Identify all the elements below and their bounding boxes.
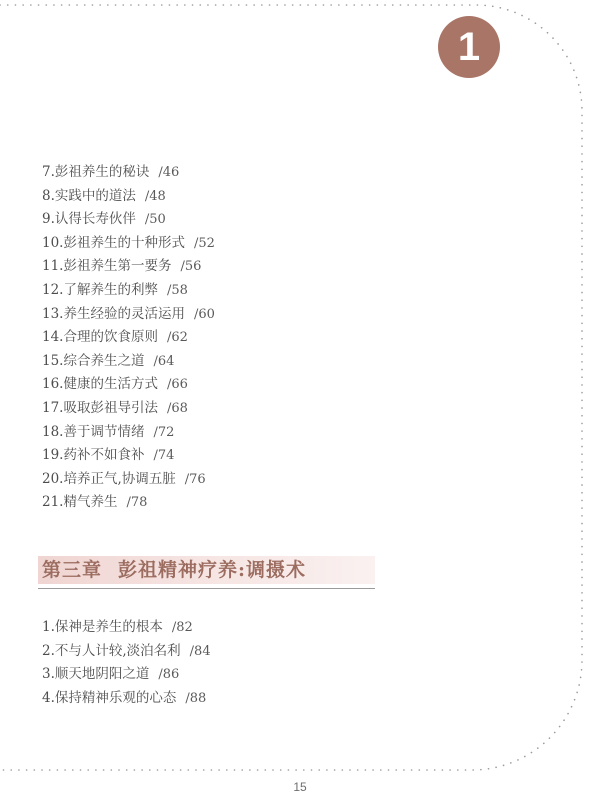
toc-entry[interactable]: 7.彭祖养生的秘诀/46 bbox=[42, 161, 215, 185]
toc-entry-page: /88 bbox=[185, 691, 206, 706]
toc-entry-title: 9.认得长寿伙伴 bbox=[42, 211, 136, 227]
toc-entry-title: 19.药补不如食补 bbox=[42, 447, 144, 463]
toc-entry-page: /86 bbox=[158, 667, 179, 682]
toc-entry-page: /56 bbox=[180, 259, 201, 274]
toc-entry-title: 3.顺天地阴阳之道 bbox=[42, 666, 149, 682]
toc-entry[interactable]: 1.保神是养生的根本/82 bbox=[42, 616, 211, 640]
toc-entry-page: /46 bbox=[158, 165, 179, 180]
toc-entry-title: 16.健康的生活方式 bbox=[42, 376, 158, 392]
chapter-three-title: 第三章彭祖精神疗养:调摄术 bbox=[42, 556, 306, 584]
toc-entry-page: /50 bbox=[145, 212, 166, 227]
chapter-three-heading[interactable]: 第三章彭祖精神疗养:调摄术 bbox=[38, 556, 375, 584]
toc-entry[interactable]: 12.了解养生的利弊/58 bbox=[42, 279, 215, 303]
toc-entry-title: 4.保持精神乐观的心态 bbox=[42, 690, 176, 706]
toc-entry[interactable]: 15.综合养生之道/64 bbox=[42, 350, 215, 374]
toc-entry-title: 12.了解养生的利弊 bbox=[42, 282, 158, 298]
toc-entry[interactable]: 14.合理的饮食原则/62 bbox=[42, 326, 215, 350]
toc-entry[interactable]: 19.药补不如食补/74 bbox=[42, 444, 215, 468]
toc-entry-title: 17.吸取彭祖导引法 bbox=[42, 400, 158, 416]
toc-entry-title: 7.彭祖养生的秘诀 bbox=[42, 164, 149, 180]
toc-entry-page: /72 bbox=[153, 425, 174, 440]
toc-entry-page: /76 bbox=[185, 472, 206, 487]
toc-entry-page: /48 bbox=[145, 189, 166, 204]
chapter-number-badge: 1 bbox=[438, 16, 500, 78]
toc-entry[interactable]: 11.彭祖养生第一要务/56 bbox=[42, 255, 215, 279]
toc-entry-title: 11.彭祖养生第一要务 bbox=[42, 258, 171, 274]
toc-entry[interactable]: 20.培养正气,协调五脏/76 bbox=[42, 468, 215, 492]
toc-entry[interactable]: 18.善于调节情绪/72 bbox=[42, 421, 215, 445]
toc-entry-title: 1.保神是养生的根本 bbox=[42, 619, 163, 635]
toc-entry-title: 13.养生经验的灵活运用 bbox=[42, 306, 185, 322]
chapter-heading-underline bbox=[38, 588, 375, 589]
toc-entry-page: /52 bbox=[194, 236, 215, 251]
toc-entry-page: /58 bbox=[167, 283, 188, 298]
toc-entry-page: /68 bbox=[167, 401, 188, 416]
toc-entry[interactable]: 13.养生经验的灵活运用/60 bbox=[42, 303, 215, 327]
toc-entry-page: /78 bbox=[126, 495, 147, 510]
toc-entry-page: /66 bbox=[167, 377, 188, 392]
toc-entry[interactable]: 3.顺天地阴阳之道/86 bbox=[42, 663, 211, 687]
toc-entry[interactable]: 9.认得长寿伙伴/50 bbox=[42, 208, 215, 232]
toc-entry[interactable]: 17.吸取彭祖导引法/68 bbox=[42, 397, 215, 421]
toc-entry[interactable]: 10.彭祖养生的十种形式/52 bbox=[42, 232, 215, 256]
chapter-name: 彭祖精神疗养:调摄术 bbox=[118, 559, 306, 581]
toc-entry[interactable]: 16.健康的生活方式/66 bbox=[42, 373, 215, 397]
toc-entry-page: /60 bbox=[194, 307, 215, 322]
toc-entry-page: /84 bbox=[190, 644, 211, 659]
toc-entry-page: /82 bbox=[172, 620, 193, 635]
toc-entry-page: /74 bbox=[153, 448, 174, 463]
toc-entry[interactable]: 2.不与人计较,淡泊名利/84 bbox=[42, 640, 211, 664]
toc-list-chapter-two: 7.彭祖养生的秘诀/46 8.实践中的道法/48 9.认得长寿伙伴/50 10.… bbox=[42, 161, 215, 515]
page-number: 15 bbox=[0, 780, 600, 794]
toc-entry-title: 10.彭祖养生的十种形式 bbox=[42, 235, 185, 251]
toc-entry-page: /62 bbox=[167, 330, 188, 345]
toc-entry-title: 20.培养正气,协调五脏 bbox=[42, 471, 176, 487]
toc-entry-title: 15.综合养生之道 bbox=[42, 353, 144, 369]
toc-entry[interactable]: 8.实践中的道法/48 bbox=[42, 185, 215, 209]
toc-entry[interactable]: 21.精气养生/78 bbox=[42, 491, 215, 515]
toc-entry-title: 21.精气养生 bbox=[42, 494, 117, 510]
toc-entry-page: /64 bbox=[153, 354, 174, 369]
toc-entry-title: 2.不与人计较,淡泊名利 bbox=[42, 643, 181, 659]
toc-entry-title: 8.实践中的道法 bbox=[42, 188, 136, 204]
toc-entry-title: 14.合理的饮食原则 bbox=[42, 329, 158, 345]
toc-list-chapter-three: 1.保神是养生的根本/82 2.不与人计较,淡泊名利/84 3.顺天地阴阳之道/… bbox=[42, 616, 211, 710]
toc-entry[interactable]: 4.保持精神乐观的心态/88 bbox=[42, 687, 211, 711]
chapter-label: 第三章 bbox=[42, 559, 102, 581]
toc-entry-title: 18.善于调节情绪 bbox=[42, 424, 144, 440]
